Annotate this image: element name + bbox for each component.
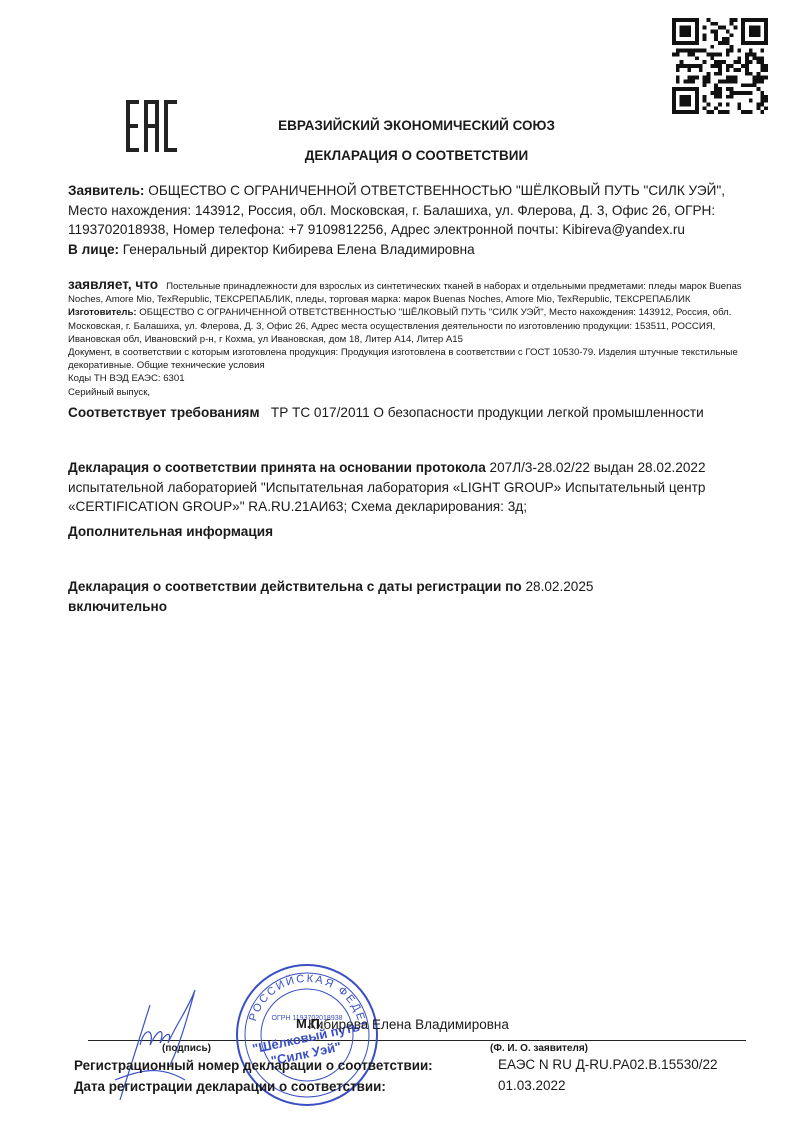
manufacturer-label: Изготовитель: bbox=[68, 307, 137, 318]
qr-code-icon[interactable] bbox=[672, 18, 768, 114]
applicant-label: Заявитель: bbox=[68, 183, 144, 198]
hs-codes: Коды ТН ВЭД ЕАЭС: 6301 bbox=[68, 372, 758, 385]
product-text: Постельные принадлежности для взрослых и… bbox=[68, 281, 742, 305]
applicant-text: ОБЩЕСТВО С ОГРАНИЧЕННОЙ ОТВЕТСТВЕННОСТЬЮ… bbox=[68, 183, 725, 237]
applicant-section: Заявитель: ОБЩЕСТВО С ОГРАНИЧЕННОЙ ОТВЕТ… bbox=[68, 181, 738, 259]
name-caption: (Ф. И. О. заявителя) bbox=[490, 1043, 588, 1054]
validity-suffix: включительно bbox=[68, 599, 167, 614]
represented-text: Генеральный директор Кибирева Елена Влад… bbox=[119, 242, 475, 257]
compliance-section: Соответствует требованиям ТР ТС 017/2011… bbox=[68, 403, 728, 423]
represented-block: В лице: Генеральный директор Кибирева Ел… bbox=[68, 240, 738, 260]
declares-label: заявляет, что bbox=[68, 277, 158, 292]
registration-date-label: Дата регистрации декларации о соответств… bbox=[74, 1079, 386, 1094]
signature-caption: (подпись) bbox=[162, 1043, 211, 1054]
declares-section: заявляет, что Постельные принадлежности … bbox=[68, 278, 758, 399]
registration-number-label: Регистрационный номер декларации о соотв… bbox=[74, 1058, 433, 1073]
compliance-label: Соответствует требованиям bbox=[68, 405, 260, 420]
basis-section: Декларация о соответствии принята на осн… bbox=[68, 458, 758, 517]
additional-info-label: Дополнительная информация bbox=[68, 522, 273, 542]
registration-number-value: ЕАЭС N RU Д-RU.РА02.В.15530/22 bbox=[498, 1057, 718, 1072]
validity-label: Декларация о соответствии действительна … bbox=[68, 579, 522, 594]
signer-name: Кибирева Елена Владимировна bbox=[308, 1017, 509, 1032]
release-type: Серийный выпуск, bbox=[68, 386, 758, 399]
validity-date: 28.02.2025 bbox=[522, 579, 594, 594]
compliance-text: ТР ТС 017/2011 О безопасности продукции … bbox=[271, 405, 704, 420]
product-block: заявляет, что Постельные принадлежности … bbox=[68, 278, 758, 306]
validity-section: Декларация о соответствии действительна … bbox=[68, 577, 728, 616]
manufacturer-block: Изготовитель: ОБЩЕСТВО С ОГРАНИЧЕННОЙ ОТ… bbox=[68, 306, 758, 346]
document-title: ДЕКЛАРАЦИЯ О СООТВЕТСТВИИ bbox=[0, 148, 793, 163]
represented-label: В лице: bbox=[68, 242, 119, 257]
registration-date-value: 01.03.2022 bbox=[498, 1078, 566, 1093]
union-title: ЕВРАЗИЙСКИЙ ЭКОНОМИЧЕСКИЙ СОЮЗ bbox=[0, 118, 793, 133]
document-basis-text: Документ, в соответствии с которым изгот… bbox=[68, 346, 758, 372]
manufacturer-text: ОБЩЕСТВО С ОГРАНИЧЕННОЙ ОТВЕТСТВЕННОСТЬЮ… bbox=[68, 307, 731, 344]
basis-label: Декларация о соответствии принята на осн… bbox=[68, 460, 486, 475]
applicant-block: Заявитель: ОБЩЕСТВО С ОГРАНИЧЕННОЙ ОТВЕТ… bbox=[68, 181, 738, 240]
